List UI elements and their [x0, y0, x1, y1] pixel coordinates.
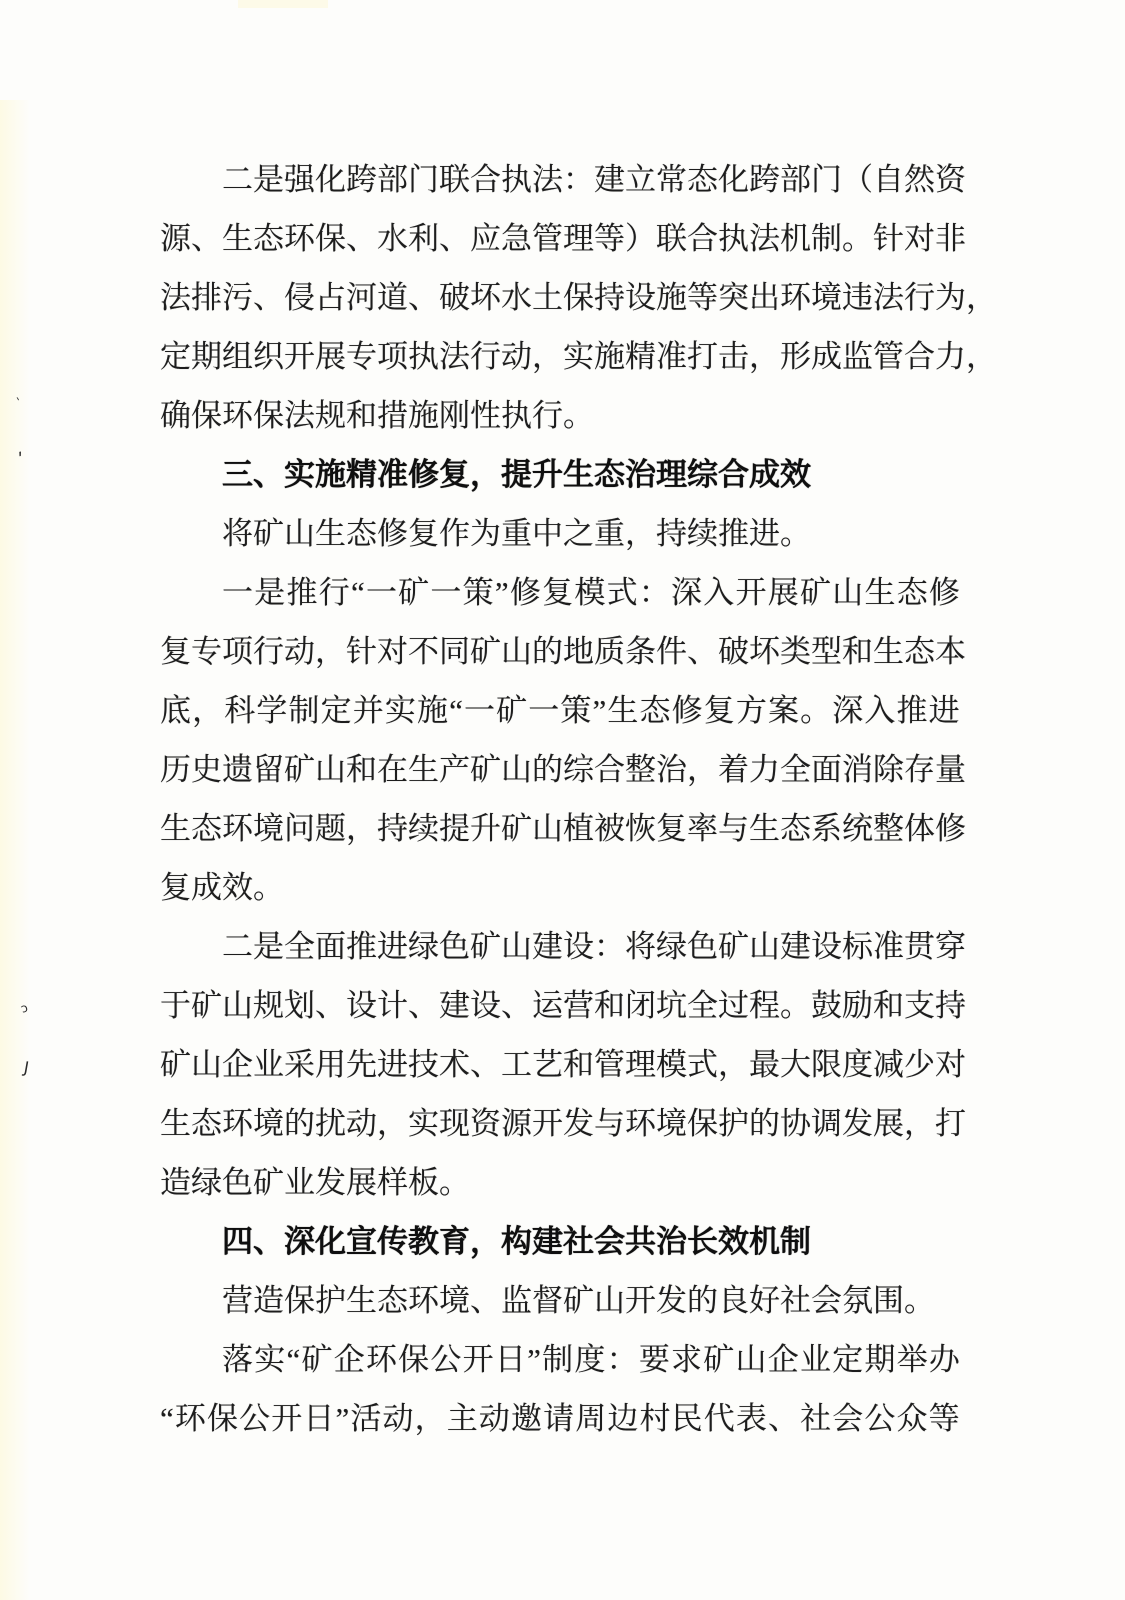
text-line: 二是全面推进绿色矿山建设：将绿色矿山建设标准贯穿: [160, 917, 960, 976]
text-line: 二是强化跨部门联合执法：建立常态化跨部门（自然资: [160, 150, 960, 209]
document-text-block: 二是强化跨部门联合执法：建立常态化跨部门（自然资源、生态环保、水利、应急管理等）…: [160, 150, 960, 1448]
text-line: 将矿山生态修复作为重中之重，持续推进。: [160, 504, 960, 563]
text-line: 历史遗留矿山和在生产矿山的综合整治，着力全面消除存量: [160, 740, 960, 799]
scan-edge-tint-top: [238, 0, 328, 8]
text-line: 源、生态环保、水利、应急管理等）联合执法机制。针对非: [160, 209, 960, 268]
text-line: 营造保护生态环境、监督矿山开发的良好社会氛围。: [160, 1271, 960, 1330]
text-line: 定期组织开展专项执法行动，实施精准打击，形成监管合力，: [160, 327, 960, 386]
text-line: 确保环保法规和措施刚性执行。: [160, 386, 960, 445]
section-heading: 四、深化宣传教育，构建社会共治长效机制: [160, 1212, 960, 1271]
text-line: 法排污、侵占河道、破坏水土保持设施等突出环境违法行为，: [160, 268, 960, 327]
text-line: 复成效。: [160, 858, 960, 917]
text-line: 落实“矿企环保公开日”制度：要求矿山企业定期举办: [160, 1330, 960, 1389]
text-line: 复专项行动，针对不同矿山的地质条件、破坏类型和生态本: [160, 622, 960, 681]
ink-speck: J: [23, 1060, 30, 1077]
ink-speck: ˋ: [13, 397, 22, 411]
text-line: 造绿色矿业发展样板。: [160, 1153, 960, 1212]
text-line: 矿山企业采用先进技术、工艺和管理模式，最大限度减少对: [160, 1035, 960, 1094]
text-line: 于矿山规划、设计、建设、运营和闭坑全过程。鼓励和支持: [160, 976, 960, 1035]
scan-edge-tint-left: [0, 100, 30, 1600]
text-line: 生态环境问题，持续提升矿山植被恢复率与生态系统整体修: [160, 799, 960, 858]
document-page: 二是强化跨部门联合执法：建立常态化跨部门（自然资源、生态环保、水利、应急管理等）…: [0, 0, 1125, 1600]
ink-speck: ʹ: [17, 452, 25, 471]
text-line: “环保公开日”活动，主动邀请周边村民代表、社会公众等: [160, 1389, 960, 1448]
ink-speck: ɔ: [19, 1001, 29, 1014]
text-line: 生态环境的扰动，实现资源开发与环境保护的协调发展，打: [160, 1094, 960, 1153]
text-line: 底，科学制定并实施“一矿一策”生态修复方案。深入推进: [160, 681, 960, 740]
section-heading: 三、实施精准修复，提升生态治理综合成效: [160, 445, 960, 504]
text-line: 一是推行“一矿一策”修复模式：深入开展矿山生态修: [160, 563, 960, 622]
